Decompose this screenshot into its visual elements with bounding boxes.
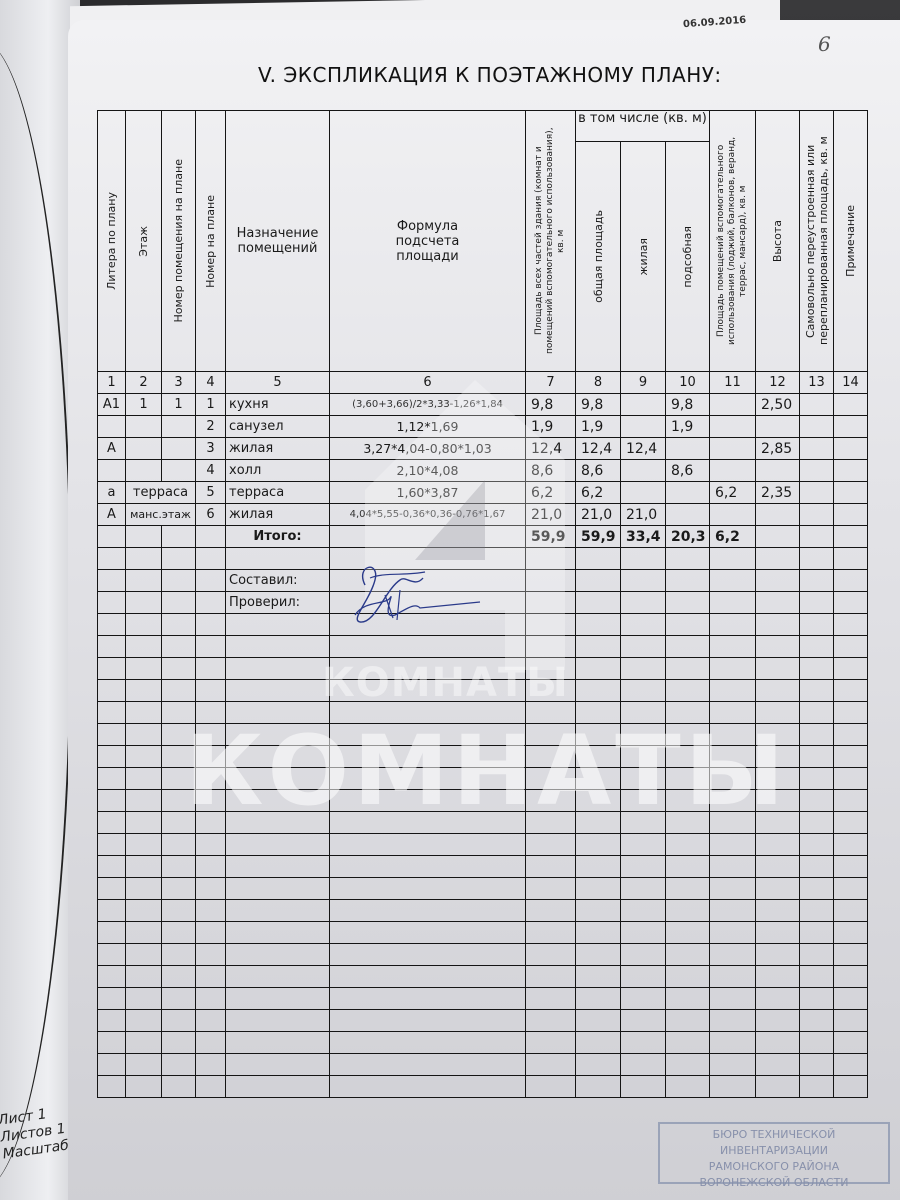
cell-plan-no: 6: [196, 504, 226, 526]
empty-row: [98, 834, 868, 856]
header-aux-use: Площадь помещений вспомогательного испол…: [710, 111, 756, 372]
totals-auxiliary: 20,3: [666, 526, 710, 548]
cell-floor: [126, 438, 162, 460]
office-stamp: БЮРО ТЕХНИЧЕСКОЙ ИНВЕНТАРИЗАЦИИ РАМОНСКО…: [658, 1122, 890, 1184]
header-area-all: Площадь всех частей здания (комнат и пом…: [526, 111, 576, 372]
totals-total: 59,9: [576, 526, 621, 548]
empty-row: [98, 1076, 868, 1098]
table-row: Аманс.этаж6жилая4,04*5,55-0,36*0,36-0,76…: [98, 504, 868, 526]
cell-room-no: [162, 416, 196, 438]
cell-plan-no: 4: [196, 460, 226, 482]
cell-auxiliary: [666, 438, 710, 460]
column-number: 4: [196, 372, 226, 394]
cell-aux-use: [710, 504, 756, 526]
header-plan-no: Номер на плане: [196, 111, 226, 372]
cell-floor: [126, 460, 162, 482]
cell-total: 21,0: [576, 504, 621, 526]
totals-aux-use: 6,2: [710, 526, 756, 548]
cell-plan-no: 1: [196, 394, 226, 416]
cell-formula: 1,60*3,87: [330, 482, 526, 504]
cell-unauthorized: [800, 438, 834, 460]
cell-plan-no: 5: [196, 482, 226, 504]
cell-note: [834, 482, 868, 504]
cell-plan-no: 3: [196, 438, 226, 460]
cell-note: [834, 394, 868, 416]
totals-area-all: 59,9: [526, 526, 576, 548]
cell-total: 6,2: [576, 482, 621, 504]
column-number: 14: [834, 372, 868, 394]
header-auxiliary: подсобная: [666, 142, 710, 372]
cell-liter: А: [98, 504, 126, 526]
cell-living: [621, 460, 666, 482]
left-page-frame: [0, 40, 72, 1190]
empty-row: [98, 1032, 868, 1054]
sheet-value: 1: [37, 1106, 48, 1123]
cell-note: [834, 416, 868, 438]
column-number: 3: [162, 372, 196, 394]
table-row: атерраса5терраса1,60*3,876,26,26,22,35: [98, 482, 868, 504]
column-number: 6: [330, 372, 526, 394]
cell-height: [756, 416, 800, 438]
empty-row: [98, 944, 868, 966]
empty-row: Проверил:: [98, 592, 868, 614]
column-number: 13: [800, 372, 834, 394]
cell-height: 2,35: [756, 482, 800, 504]
totals-row: Итого: 59,9 59,9 33,4 20,3 6,2: [98, 526, 868, 548]
column-number: 10: [666, 372, 710, 394]
header-note: Примечание: [834, 111, 868, 372]
cell-area-total-parts: 1,9: [526, 416, 576, 438]
cell-auxiliary: [666, 504, 710, 526]
cell-liter: а: [98, 482, 126, 504]
cell-formula: (3,60+3,66)/2*3,33-1,26*1,84: [330, 394, 526, 416]
cell-formula: 1,12*1,69: [330, 416, 526, 438]
header-liter: Литера по плану: [98, 111, 126, 372]
empty-row: [98, 922, 868, 944]
cell-aux-use: [710, 416, 756, 438]
column-number: 5: [226, 372, 330, 394]
column-number: 9: [621, 372, 666, 394]
cell-plan-no: 2: [196, 416, 226, 438]
header-living: жилая: [621, 142, 666, 372]
cell-height: [756, 460, 800, 482]
table-row: 4холл2,10*4,088,68,68,6: [98, 460, 868, 482]
table-row: А1111кухня(3,60+3,66)/2*3,33-1,26*1,849,…: [98, 394, 868, 416]
empty-row: [98, 966, 868, 988]
cell-formula: 4,04*5,55-0,36*0,36-0,76*1,67: [330, 504, 526, 526]
cell-purpose: кухня: [226, 394, 330, 416]
cell-total: 8,6: [576, 460, 621, 482]
cell-liter: А1: [98, 394, 126, 416]
cell-height: 2,85: [756, 438, 800, 460]
cell-aux-use: [710, 460, 756, 482]
explication-table: Литера по плану Этаж Номер помещения на …: [97, 110, 868, 1098]
cell-purpose: терраса: [226, 482, 330, 504]
empty-row: [98, 680, 868, 702]
cell-formula: 3,27*4,04-0,80*1,03: [330, 438, 526, 460]
empty-row: Составил:: [98, 570, 868, 592]
cell-note: [834, 504, 868, 526]
header-room-no: Номер помещения на плане: [162, 111, 196, 372]
cell-floor: терраса: [126, 482, 196, 504]
cell-purpose: жилая: [226, 438, 330, 460]
empty-row: [98, 1054, 868, 1076]
cell-note: [834, 438, 868, 460]
cell-living: 12,4: [621, 438, 666, 460]
totals-living: 33,4: [621, 526, 666, 548]
cell-purpose: санузел: [226, 416, 330, 438]
empty-row: [98, 702, 868, 724]
cell-auxiliary: 8,6: [666, 460, 710, 482]
column-number: 1: [98, 372, 126, 394]
cell-room-no: [162, 460, 196, 482]
compiled-label: Составил:: [226, 570, 330, 592]
cell-aux-use: 6,2: [710, 482, 756, 504]
cell-living: [621, 482, 666, 504]
cell-living: [621, 416, 666, 438]
cell-liter: А: [98, 438, 126, 460]
cell-unauthorized: [800, 482, 834, 504]
empty-row: [98, 746, 868, 768]
header-floor: Этаж: [126, 111, 162, 372]
cell-auxiliary: 9,8: [666, 394, 710, 416]
header-unauthorized: Самовольно переустроенная или перепланир…: [800, 111, 834, 372]
column-number-row: 1234567891011121314: [98, 372, 868, 394]
cell-total: 9,8: [576, 394, 621, 416]
checked-label: Проверил:: [226, 592, 330, 614]
cell-total: 1,9: [576, 416, 621, 438]
empty-row: [98, 812, 868, 834]
cell-height: 2,50: [756, 394, 800, 416]
empty-row: [98, 636, 868, 658]
cell-floor: манс.этаж: [126, 504, 196, 526]
header-purpose: Назначение помещений: [226, 111, 330, 372]
column-number: 2: [126, 372, 162, 394]
column-number: 11: [710, 372, 756, 394]
page-title: V. ЭКСПЛИКАЦИЯ К ПОЭТАЖНОМУ ПЛАНУ:: [258, 63, 722, 87]
cell-area-total-parts: 12,4: [526, 438, 576, 460]
cell-purpose: жилая: [226, 504, 330, 526]
empty-row: [98, 1010, 868, 1032]
cell-liter: [98, 460, 126, 482]
cell-area-total-parts: 9,8: [526, 394, 576, 416]
cell-room-no: 1: [162, 394, 196, 416]
cell-auxiliary: 1,9: [666, 416, 710, 438]
column-number: 12: [756, 372, 800, 394]
cell-room-no: [162, 438, 196, 460]
empty-row: [98, 790, 868, 812]
cell-unauthorized: [800, 416, 834, 438]
table-row: А3жилая3,27*4,04-0,80*1,0312,412,412,42,…: [98, 438, 868, 460]
empty-row: [98, 614, 868, 636]
cell-unauthorized: [800, 394, 834, 416]
column-number: 8: [576, 372, 621, 394]
cell-living: 21,0: [621, 504, 666, 526]
header-formula: Формула подсчета площади: [330, 111, 526, 372]
sheets-value: 1: [56, 1121, 67, 1138]
cell-area-total-parts: 21,0: [526, 504, 576, 526]
cell-purpose: холл: [226, 460, 330, 482]
cell-floor: 1: [126, 394, 162, 416]
empty-row: [98, 878, 868, 900]
cell-note: [834, 460, 868, 482]
cell-area-total-parts: 8,6: [526, 460, 576, 482]
cell-unauthorized: [800, 460, 834, 482]
totals-label: Итого:: [226, 526, 330, 548]
column-number: 7: [526, 372, 576, 394]
cell-aux-use: [710, 438, 756, 460]
empty-row: [98, 658, 868, 680]
empty-row: [98, 900, 868, 922]
cell-liter: [98, 416, 126, 438]
empty-rows: Составил:Проверил:: [98, 548, 868, 1098]
cell-auxiliary: [666, 482, 710, 504]
cell-area-total-parts: 6,2: [526, 482, 576, 504]
header-height: Высота: [756, 111, 800, 372]
header-total-area: общая площадь: [576, 142, 621, 372]
header-row: Литера по плану Этаж Номер помещения на …: [98, 111, 868, 142]
cell-height: [756, 504, 800, 526]
empty-row: [98, 768, 868, 790]
cell-living: [621, 394, 666, 416]
cell-floor: [126, 416, 162, 438]
cell-total: 12,4: [576, 438, 621, 460]
table-body: А1111кухня(3,60+3,66)/2*3,33-1,26*1,849,…: [98, 394, 868, 526]
header-including: в том числе (кв. м): [576, 111, 710, 142]
cell-aux-use: [710, 394, 756, 416]
table-row: 2санузел1,12*1,691,91,91,9: [98, 416, 868, 438]
empty-row: [98, 724, 868, 746]
handwritten-page-number: 6: [818, 32, 831, 56]
empty-row: [98, 856, 868, 878]
cell-formula: 2,10*4,08: [330, 460, 526, 482]
empty-row: [98, 548, 868, 570]
empty-row: [98, 988, 868, 1010]
cell-unauthorized: [800, 504, 834, 526]
